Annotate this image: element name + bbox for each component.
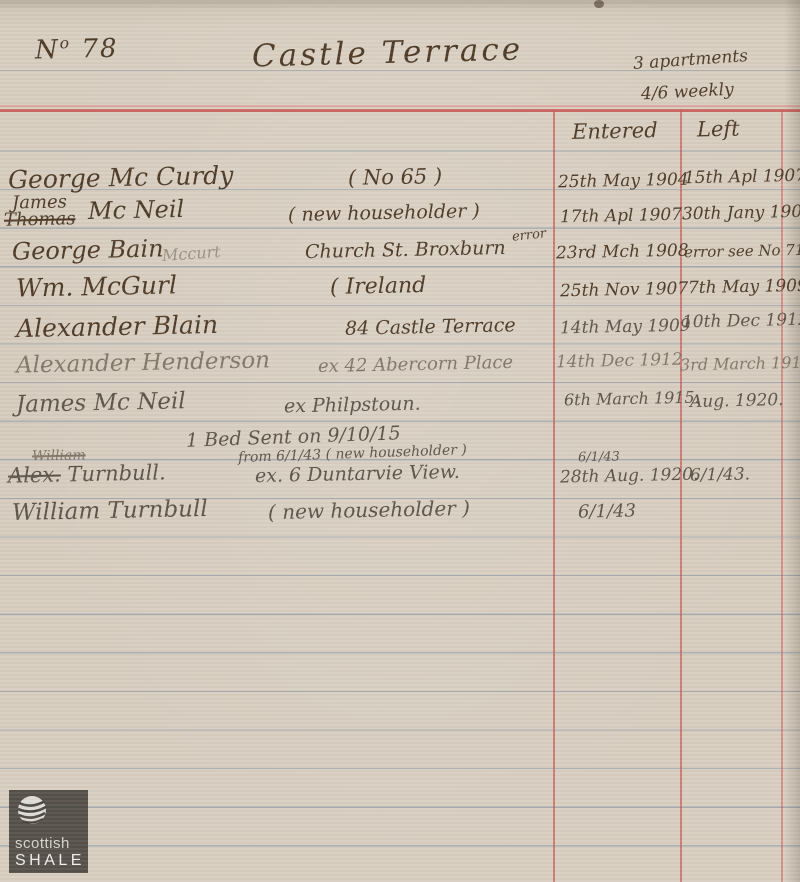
left-date: Aug. 1920. bbox=[690, 392, 784, 411]
left-date: 30th Jany 1908 bbox=[682, 204, 800, 224]
tenant-name: James Mc Neil bbox=[16, 390, 186, 417]
entered-date: 6th March 1915. bbox=[564, 390, 700, 409]
entered-date: 28th Aug. 1920. bbox=[560, 467, 699, 487]
tenant-name: George Bain bbox=[12, 236, 164, 263]
tenant-description: 84 Castle Terrace bbox=[345, 316, 516, 339]
entered-date: 17th Apl 1907 bbox=[560, 207, 682, 227]
entered-date: 25th Nov 1907 bbox=[560, 281, 689, 301]
tenant-description: ex. 6 Duntarvie View. bbox=[255, 463, 460, 486]
watermark-text-shale: SHALE bbox=[15, 852, 88, 870]
scottish-shale-watermark: scottish SHALE bbox=[9, 790, 88, 873]
entered-date: 23rd Mch 1908 bbox=[556, 243, 689, 263]
tenant-name: Alexander Blain bbox=[16, 312, 218, 341]
entered-date: 25th May 1904 bbox=[558, 172, 689, 192]
tenant-name: George Mc Curdy bbox=[8, 163, 234, 193]
column-header-entered: Entered bbox=[572, 120, 658, 143]
tenant-surname: Turnbull. bbox=[67, 460, 166, 486]
left-date: 3rd March 1915. bbox=[680, 355, 800, 374]
tenant-description: ( No 65 ) bbox=[348, 166, 443, 189]
tenant-name-line: Alex. Turnbull. bbox=[8, 462, 166, 486]
page-number: No 78 bbox=[35, 35, 119, 63]
paper-blemish bbox=[594, 0, 604, 8]
red-column-rule-margin bbox=[781, 109, 783, 882]
page-title: Castle Terrace bbox=[252, 34, 524, 72]
entered-date: 14th Dec 1912 bbox=[556, 352, 683, 372]
entered-date: 14th May 1909 bbox=[560, 318, 691, 338]
tenant-description: ( new householder ) bbox=[288, 202, 480, 225]
left-date: 10th Dec 1912. bbox=[682, 312, 800, 332]
tenant-name: William Turnbull bbox=[12, 498, 208, 525]
tenant-name: Alexander Henderson bbox=[16, 349, 270, 377]
red-column-rule-left bbox=[680, 109, 682, 882]
rent-note: 4/6 weekly bbox=[641, 82, 735, 104]
page-edge-shadow bbox=[784, 0, 800, 882]
tenant-surname: Mc Neil bbox=[88, 197, 185, 223]
description-superscript: error bbox=[511, 227, 546, 244]
pencil-annotation: Mccurt bbox=[162, 244, 222, 264]
tenant-description: ( Ireland bbox=[330, 275, 427, 299]
tenant-name: Wm. McGurl bbox=[16, 272, 177, 300]
globe-icon bbox=[15, 794, 51, 828]
tenant-name-struck: Thomas bbox=[4, 210, 76, 229]
left-date: 15th Apl 1907 bbox=[684, 168, 800, 188]
watermark-text-scottish: scottish bbox=[15, 835, 88, 852]
tenant-description: ex Philpstoun. bbox=[284, 395, 421, 417]
page-top-shadow bbox=[0, 0, 800, 10]
entered-date: 6/1/43 bbox=[578, 502, 636, 521]
tenant-description: Church St. Broxburn bbox=[305, 239, 506, 262]
left-date: 6/1/43. bbox=[690, 466, 750, 484]
left-date: 7th May 1909 bbox=[688, 278, 800, 298]
red-column-rule-entered bbox=[553, 109, 555, 882]
tenant-description: ex 42 Abercorn Place bbox=[318, 354, 513, 376]
ledger-page: No 78 Castle Terrace 3 apartments 4/6 we… bbox=[0, 0, 800, 882]
entered-date-small: 6/1/43 bbox=[578, 451, 620, 465]
left-note: error see No 71 bbox=[684, 243, 800, 261]
tenant-description: ( new householder ) bbox=[268, 498, 470, 522]
red-header-rule-light bbox=[0, 105, 800, 107]
column-header-left: Left bbox=[697, 119, 740, 141]
tenant-name-struck: Alex. bbox=[8, 463, 61, 488]
